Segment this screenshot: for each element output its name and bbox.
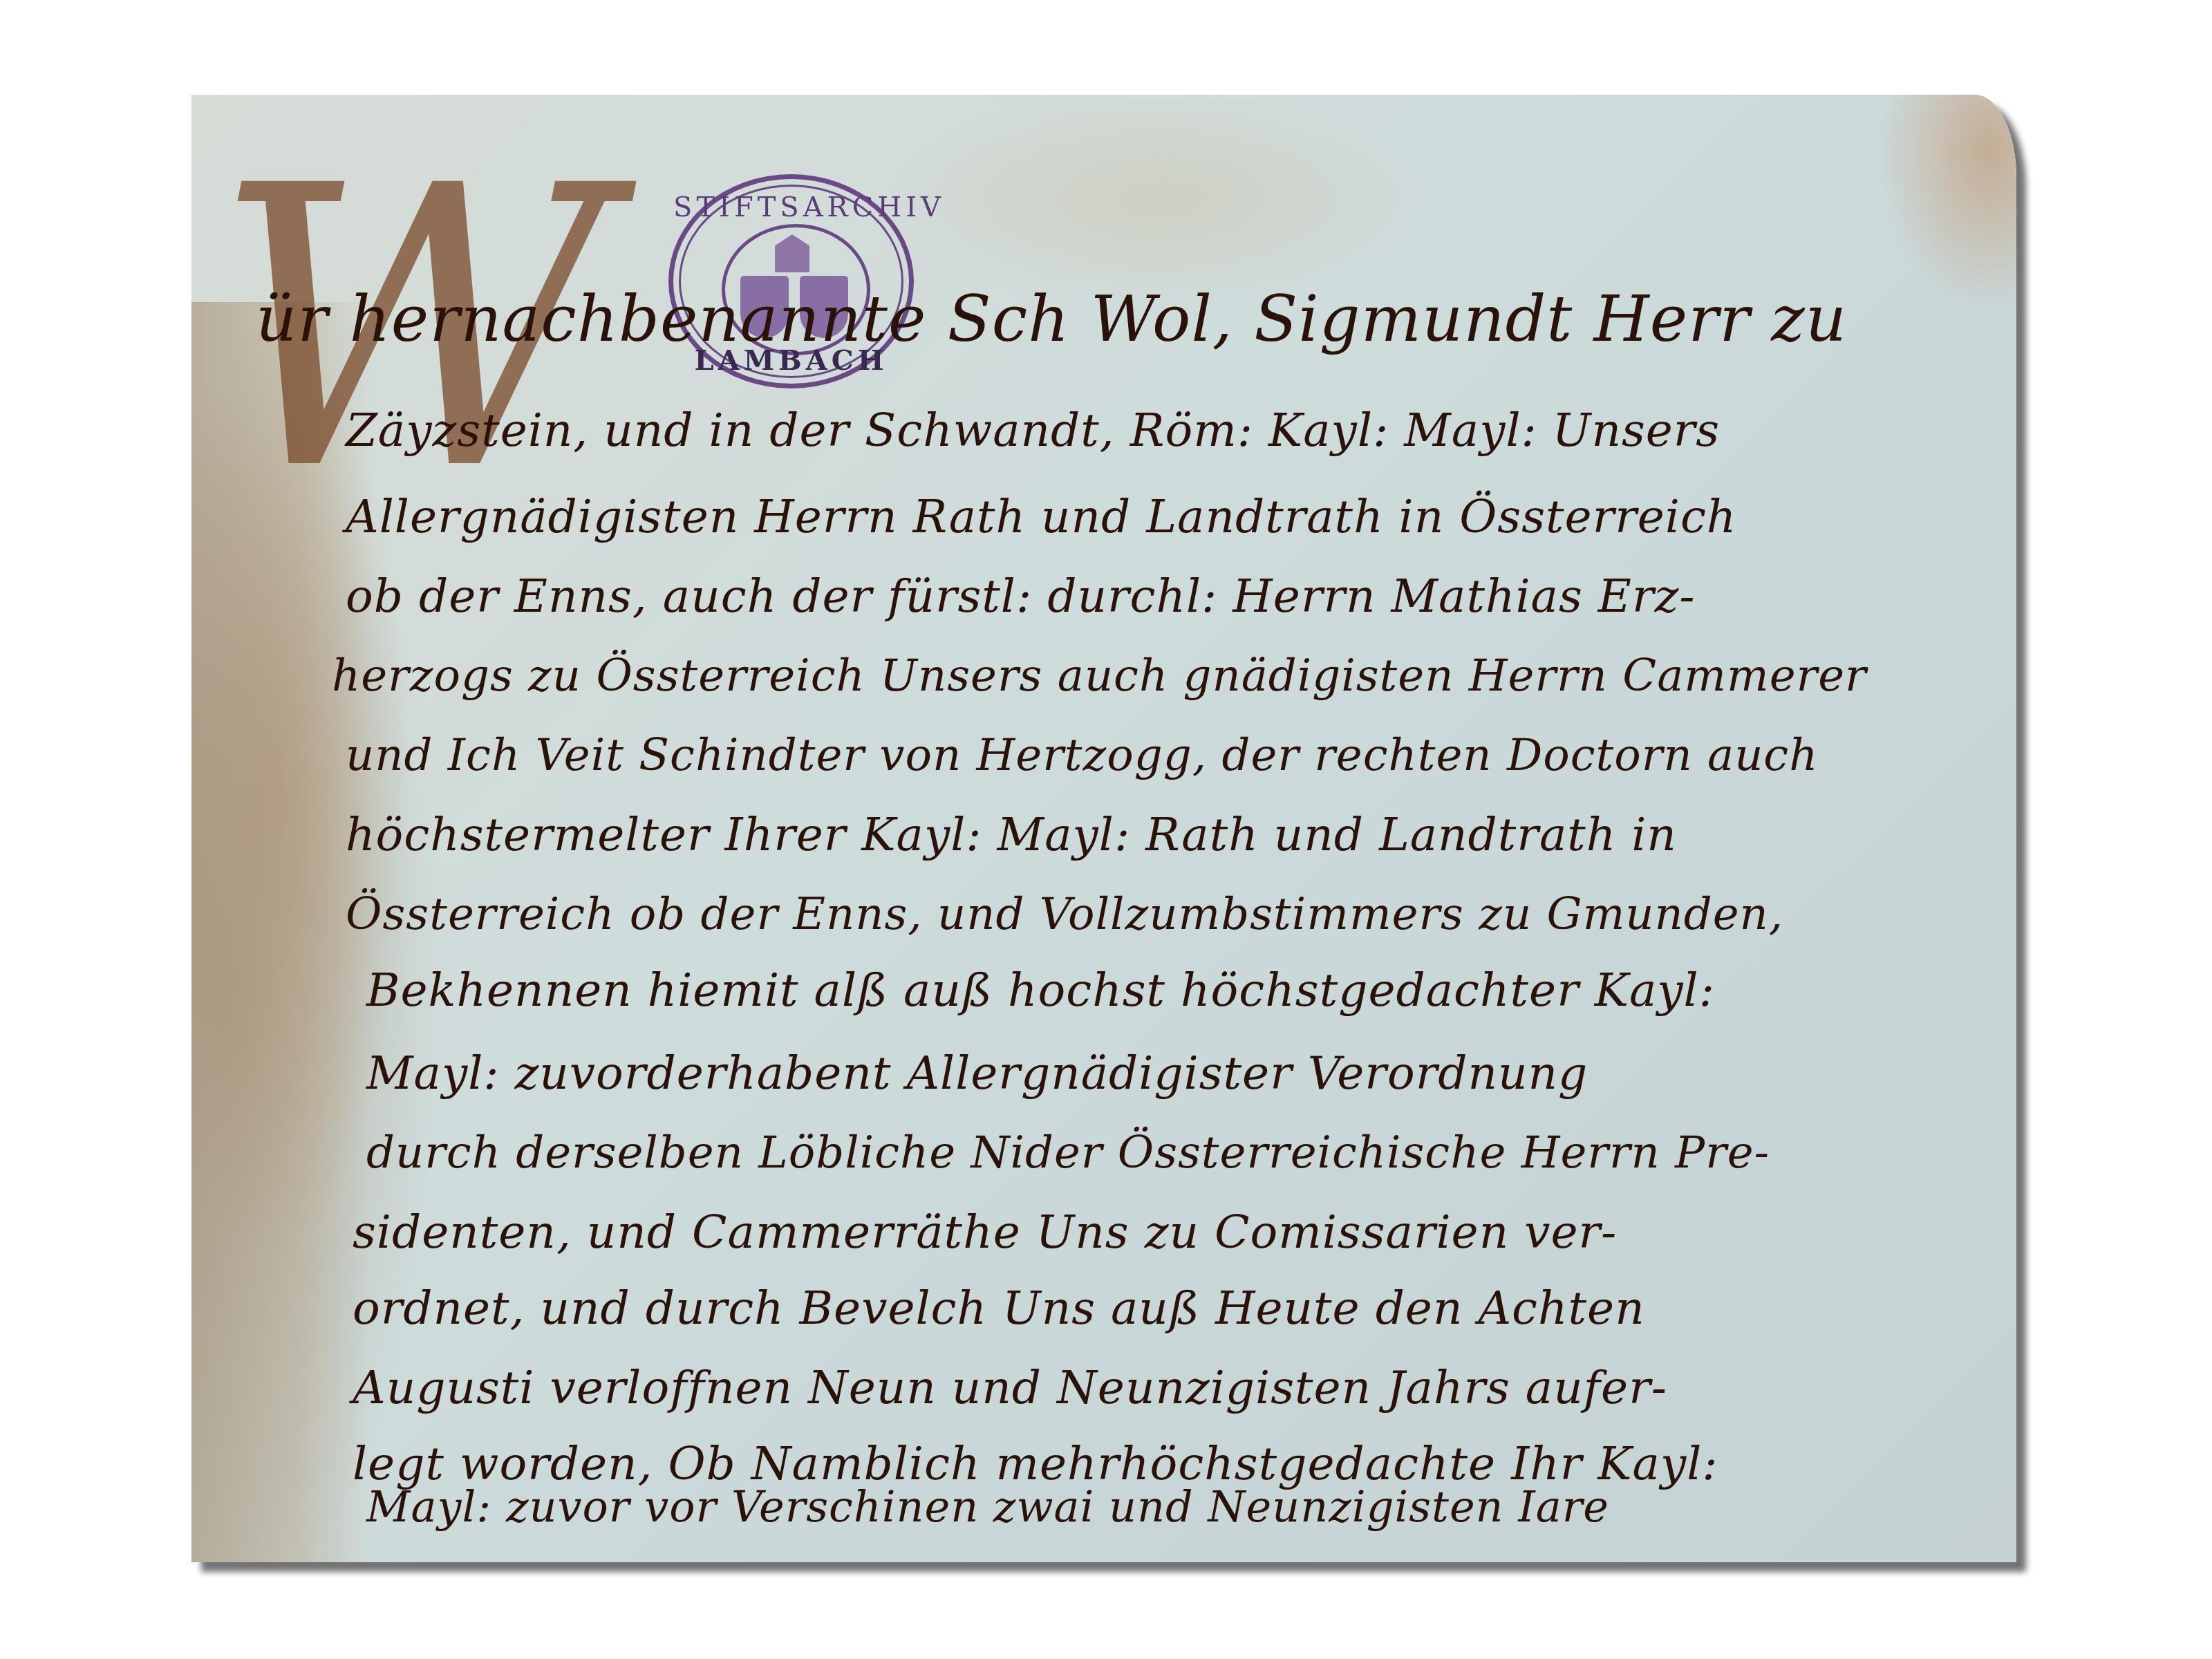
text-line: ob der Enns, auch der fürstl: durchl: He…	[346, 570, 1696, 623]
text-line: Augusti verloffnen Neun und Neunzigisten…	[353, 1361, 1667, 1414]
text-line: Mayl: zuvor vor Verschinen zwai und Neun…	[366, 1481, 1609, 1532]
text-line: sidenten, und Cammerräthe Uns zu Comissa…	[353, 1206, 1617, 1259]
text-line: Mayl: zuvorderhabent Allergnädigister Ve…	[366, 1047, 1588, 1100]
text-line: ür hernachbenannte Sch Wol, Sigmundt Her…	[256, 282, 1847, 356]
text-line: Allergnädigisten Herrn Rath und Landtrat…	[346, 490, 1736, 543]
manuscript-text: ür hernachbenannte Sch Wol, Sigmundt Her…	[0, 0, 2212, 1659]
text-line: höchstermelter Ihrer Kayl: Mayl: Rath un…	[346, 808, 1677, 861]
text-line: Bekhennen hiemit alß auß hochst höchstge…	[366, 964, 1715, 1017]
text-line: herzogs zu Össterreich Unsers auch gnädi…	[332, 650, 1867, 702]
text-line: und Ich Veit Schindter von Hertzogg, der…	[346, 730, 1818, 781]
text-line: Össterreich ob der Enns, und Vollzumbsti…	[346, 889, 1783, 940]
text-line: durch derselben Löbliche Nider Össterrei…	[366, 1127, 1770, 1179]
text-line: ordnet, und durch Bevelch Uns auß Heute …	[353, 1282, 1645, 1335]
text-line: Zäyzstein, und in der Schwandt, Röm: Kay…	[346, 404, 1720, 457]
